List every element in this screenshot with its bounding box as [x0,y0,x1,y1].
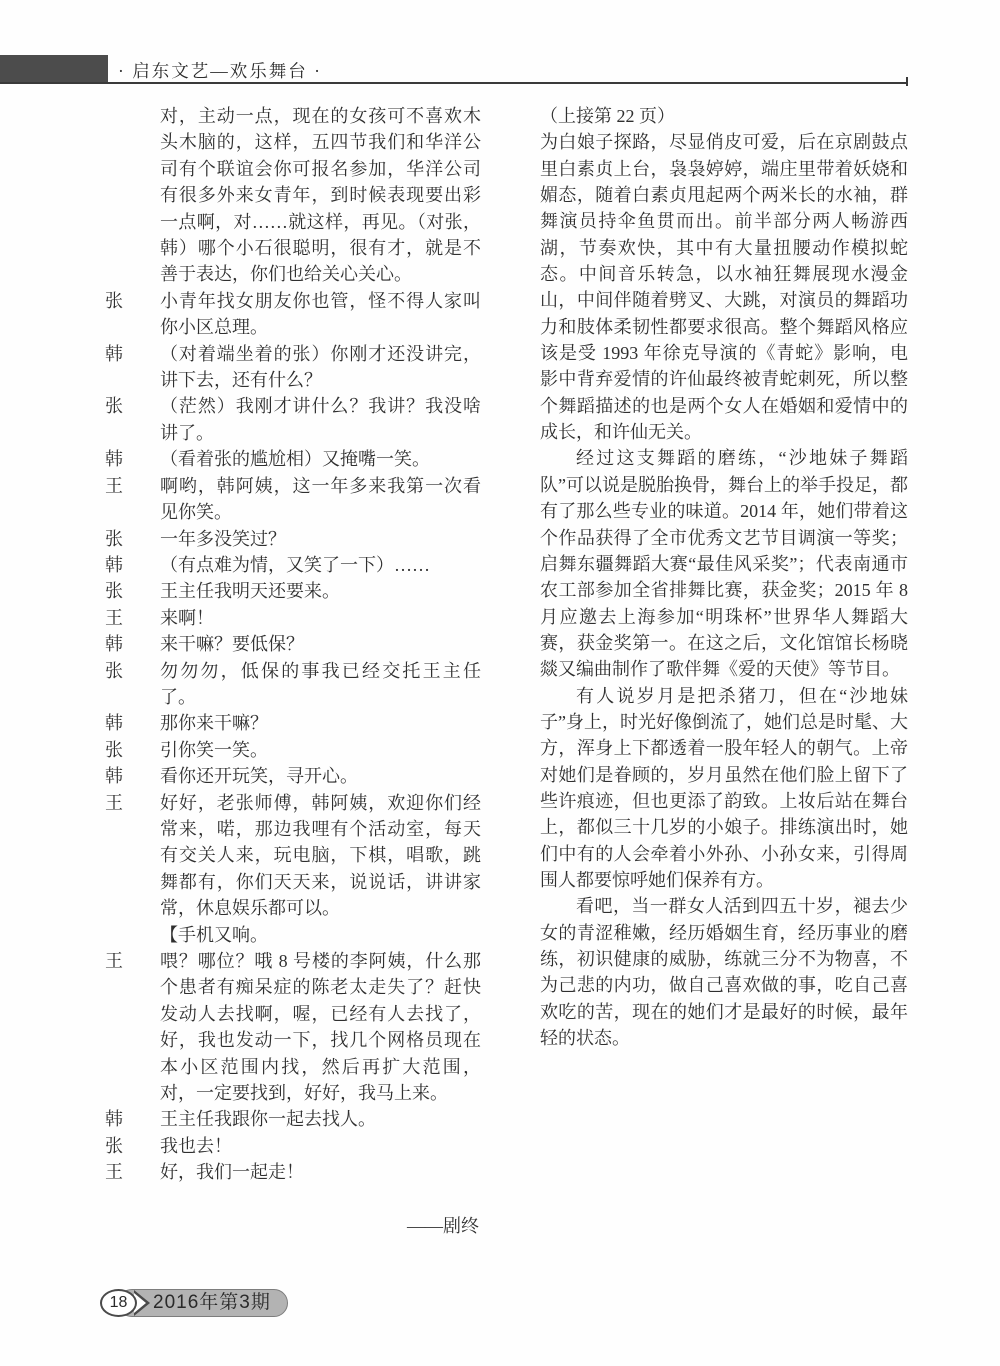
dialogue-line: 韩 （看着张的尴尬相）又掩嘴一笑。 [105,446,481,472]
speaker-label: 韩 [105,710,160,736]
dialogue-line: 韩 来干嘛？要低保？ [105,631,481,657]
speaker-label: 韩 [105,552,160,578]
dialogue-line: 张 王主任我明天还要来。 [105,578,481,604]
speaker-label: 张 [105,526,160,552]
speaker-label: 韩 [105,446,160,472]
dialogue-line: 韩 （对着端坐着的张）你刚才还没讲完，讲下去，还有什么？ [105,341,481,394]
dialogue-line: 王 喂？哪位？哦 8 号楼的李阿姨，什么那个患者有痴呆症的陈老太走失了？赶快发动… [105,948,481,1106]
script-end-mark: ——剧终 [105,1213,481,1239]
speaker-label: 张 [105,1133,160,1159]
dialogue-line: 张 勿勿勿，低保的事我已经交托王主任了。 [105,658,481,711]
speech-text: 王主任我跟你一起去找人。 [160,1106,481,1132]
dialogue-line: 张 一年多没笑过？ [105,526,481,552]
speaker-label: 王 [105,948,160,1106]
script-column: 对，主动一点，现在的女孩可不喜欢木头木脑的，这样，五四节我们和华洋公司有个联谊会… [105,103,481,1239]
speech-text: 好好，老张师傅，韩阿姨，欢迎你们经常来，喏，那边我哩有个活动室，每天有交关人来，… [160,790,481,922]
column-title: · 启东文艺—欢乐舞台 · [118,58,322,83]
speaker-label: 韩 [105,631,160,657]
speech-text: 好，我们一起走！ [160,1159,481,1185]
speech-text: 王主任我明天还要来。 [160,578,481,604]
magazine-page: · 启东文艺—欢乐舞台 · 对，主动一点，现在的女孩可不喜欢木头木脑的，这样，五… [0,0,1000,1366]
speaker-label: 韩 [105,1106,160,1132]
speaker-label: 张 [105,578,160,604]
stage-direction-text: 【手机又响。 [160,922,481,948]
speaker-label: 王 [105,605,160,631]
dialogue-line: 王 好好，老张师傅，韩阿姨，欢迎你们经常来，喏，那边我哩有个活动室，每天有交关人… [105,790,481,922]
dialogue-line: 张 （茫然）我刚才讲什么？我讲？我没啥讲了。 [105,393,481,446]
speech-text: 引你笑一笑。 [160,737,481,763]
speaker-label: 张 [105,737,160,763]
speech-text: 我也去！ [160,1133,481,1159]
speech-text: 对，主动一点，现在的女孩可不喜欢木头木脑的，这样，五四节我们和华洋公司有个联谊会… [160,103,481,288]
speech-text: （对着端坐着的张）你刚才还没讲完，讲下去，还有什么？ [160,341,481,394]
speech-text: 啊哟，韩阿姨，这一年多来我第一次看见你笑。 [160,473,481,526]
speech-text: （茫然）我刚才讲什么？我讲？我没啥讲了。 [160,393,481,446]
speech-text: 来啊！ [160,605,481,631]
article-paragraph: 经过这支舞蹈的磨练，“沙地妹子舞蹈队”可以说是脱胎换骨，舞台上的举手投足，都有了… [540,445,908,682]
speech-text: 小青年找女朋友你也管，怪不得人家叫你小区总理。 [160,288,481,341]
speech-text: 喂？哪位？哦 8 号楼的李阿姨，什么那个患者有痴呆症的陈老太走失了？赶快发动人去… [160,948,481,1106]
speech-text: （看着张的尴尬相）又掩嘴一笑。 [160,446,481,472]
speaker-label [105,103,160,288]
speaker-label: 王 [105,473,160,526]
dialogue-line: 王 啊哟，韩阿姨，这一年多来我第一次看见你笑。 [105,473,481,526]
dialogue-line: 张 引你笑一笑。 [105,737,481,763]
header-corner-block [0,55,108,82]
speaker-label: 张 [105,658,160,711]
speech-text: 来干嘛？要低保？ [160,631,481,657]
speech-text: （有点难为情，又笑了一下）…… [160,552,481,578]
speaker-label: 韩 [105,341,160,394]
page-header: · 启东文艺—欢乐舞台 · [0,55,1000,95]
continued-from-note: （上接第 22 页） [540,103,908,129]
speaker-label: 王 [105,1159,160,1185]
speaker-label [105,922,160,948]
dialogue-line: 韩 看你还开玩笑，寻开心。 [105,763,481,789]
dialogue-line: 张 小青年找女朋友你也管，怪不得人家叫你小区总理。 [105,288,481,341]
article-paragraph: 有人说岁月是把杀猪刀，但在“沙地妹子”身上，时光好像倒流了，她们总是时髦、大方，… [540,683,908,894]
speech-text: 勿勿勿，低保的事我已经交托王主任了。 [160,658,481,711]
dialogue-line: 王 好，我们一起走！ [105,1159,481,1185]
stage-direction-line: 【手机又响。 [105,922,481,948]
page-number: 18 [100,1289,137,1317]
dialogue-line: 韩 王主任我跟你一起去找人。 [105,1106,481,1132]
dialogue-line: 韩 （有点难为情，又笑了一下）…… [105,552,481,578]
dialogue-line: 韩 那你来干嘛？ [105,710,481,736]
header-rule [0,82,907,84]
speech-text: 那你来干嘛？ [160,710,481,736]
speaker-label: 韩 [105,763,160,789]
speaker-label: 王 [105,790,160,922]
page-footer-badge: 2016年第3期 18 [100,1289,288,1317]
speech-text: 一年多没笑过？ [160,526,481,552]
speech-text: 看你还开玩笑，寻开心。 [160,763,481,789]
article-paragraph: 看吧，当一群女人活到四五十岁，褪去少女的青涩稚嫩，经历婚姻生育，经历事业的磨练，… [540,893,908,1051]
dialogue-line: 张 我也去！ [105,1133,481,1159]
dialogue-line: 王 来啊！ [105,605,481,631]
article-column: （上接第 22 页） 为白娘子探路，尽显俏皮可爱，后在京剧鼓点里白素贞上台，袅袅… [540,103,908,1051]
dialogue-line: 对，主动一点，现在的女孩可不喜欢木头木脑的，这样，五四节我们和华洋公司有个联谊会… [105,103,481,288]
article-paragraph: 为白娘子探路，尽显俏皮可爱，后在京剧鼓点里白素贞上台，袅袅婷婷，端庄里带着妖娆和… [540,129,908,445]
speaker-label: 张 [105,288,160,341]
speaker-label: 张 [105,393,160,446]
